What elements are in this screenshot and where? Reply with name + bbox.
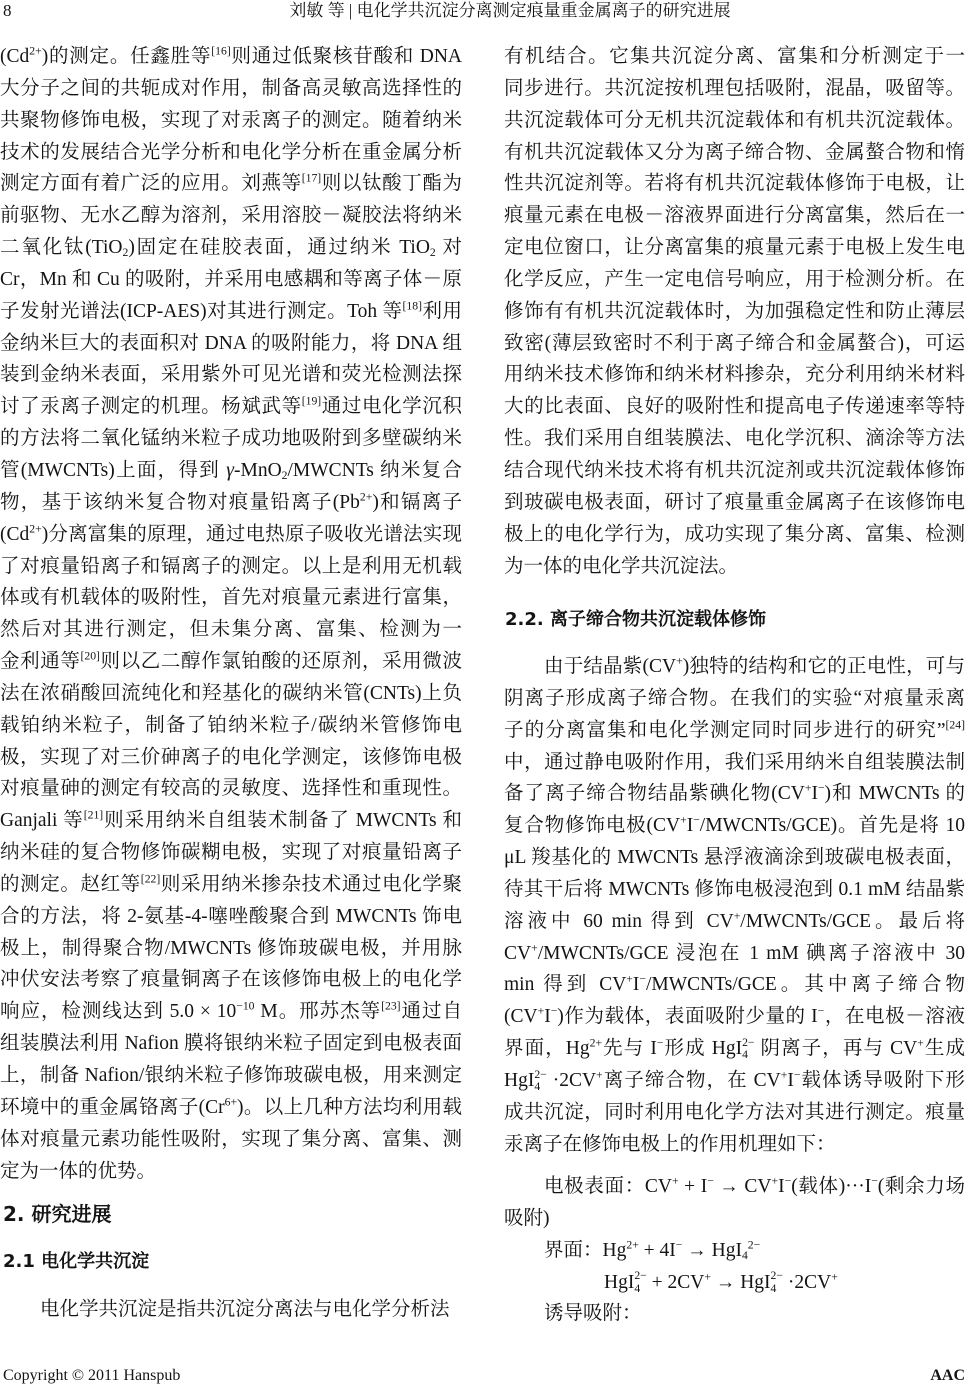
equation-electrode-surface-cont: 吸附) [504,1203,965,1235]
text-line: 金利通等[20]则以乙二醇作氯铂酸的还原剂，采用微波 [0,646,462,678]
left-column: (Cd2+)的测定。任鑫胜等[16]则通过低聚核苷酸和 DNA 大分子之间的共轭… [0,41,462,1187]
text-line: 用纳米技术修饰和纳米材料掺杂，充分利用纳米材料 [504,359,965,391]
text-line: 成共沉淀，同时利用电化学方法对其进行测定。痕量 [504,1097,965,1129]
subsection-heading: 2.2. 离子缔合物共沉淀载体修饰 [505,605,766,635]
text-line: 为一体的电化学共沉淀法。 [504,551,965,583]
equation-induced-adsorption: 诱导吸附： [504,1298,965,1330]
copyright-notice: Copyright © 2011 Hanspub [3,1366,180,1386]
text-line: 共沉淀载体可分无机共沉淀载体和有机共沉淀载体。 [504,105,965,137]
subsection-heading: 2.1 电化学共沉淀 [3,1247,149,1277]
text-line: μL 羧基化的 MWCNTs 悬浮液滴涂到玻碳电极表面， [504,842,965,874]
text-line: 结合现代纳米技术将有机共沉淀剂或共沉淀载体修饰 [504,455,965,487]
text-line: 冲伏安法考察了痕量铜离子在该修饰电极上的电化学 [0,964,462,996]
section-heading: 2. 研究进展 [3,1199,111,1229]
text-line: 由于结晶紫(CV+)独特的结构和它的正电性，可与 [504,651,965,683]
text-line: 同步进行。共沉淀按机理包括吸附，混晶，吸留等。 [504,73,965,105]
text-line: 修饰有有机共沉淀载体时，为加强稳定性和防止薄层 [504,296,965,328]
text-line: 的测定。赵红等[22]则采用纳米掺杂技术通过电化学聚 [0,869,462,901]
text-line: 大分子之间的共轭成对作用，制备高灵敏高选择性的 [0,73,462,105]
text-line: 然后对其进行测定，但未集分离、富集、检测为一体。 [0,614,462,646]
text-line: 技术的发展结合光学分析和电化学分析在重金属分析 [0,137,462,169]
text-line: 痕量元素在电极－溶液界面进行分离富集，然后在一 [504,200,965,232]
running-title: 刘敏 等 | 电化学共沉淀分离测定痕量重金属离子的研究进展 [0,0,968,21]
text-line: 二氧化钛(TiO2)固定在硅胶表面，通过纳米 TiO2 对 Cd， [0,232,462,264]
text-line: 前驱物、无水乙醇为溶剂，采用溶胶－凝胶法将纳米 [0,200,462,232]
section-2-2-body: 由于结晶紫(CV+)独特的结构和它的正电性，可与 阴离子形成离子缔合物。在我们的… [504,651,965,1161]
text-line: 管(MWCNTs)上面，得到 γ-MnO2/MWCNTs 纳米复合 [0,455,462,487]
text-line: 待其干后将 MWCNTs 修饰电极浸泡到 0.1 mM 结晶紫 [504,874,965,906]
text-line: 组装膜法利用 Nafion 膜将银纳米粒子固定到电极表面 [0,1028,462,1060]
text-line: 极上的电化学行为，成功实现了集分离、富集、检测 [504,519,965,551]
text-line: 阴离子形成离子缔合物。在我们的实验“对痕量汞离 [504,683,965,715]
text-line: 的方法将二氧化锰纳米粒子成功地吸附到多壁碳纳米 [0,423,462,455]
text-line: 性。我们采用自组装膜法、电化学沉积、滴涂等方法 [504,423,965,455]
text-line: (Cd2+)分离富集的原理，通过电热原子吸收光谱法实现 [0,519,462,551]
text-line: 化学反应，产生一定电信号响应，用于检测分析。在 [504,264,965,296]
text-line: 汞离子在修饰电极上的作用机理如下： [504,1129,965,1161]
text-line: 极，实现了对三价砷离子的电化学测定，该修饰电极 [0,742,462,774]
journal-abbreviation: AAC [930,1366,965,1386]
text-line: 物，基于该纳米复合物对痕量铅离子(Pb2+)和镉离子 [0,487,462,519]
text-line: 子发射光谱法(ICP-AES)对其进行测定。Toh 等[18]利用 [0,296,462,328]
text-line: 极上，制得聚合物/MWCNTs 修饰玻碳电极，并用脉 [0,933,462,965]
text-line: (Cd2+)的测定。任鑫胜等[16]则通过低聚核苷酸和 DNA [0,41,462,73]
equation-interface-2: HgI2−4 + 2CV+ → HgI2−4 ·2CV+ [504,1267,965,1299]
text-line: 到玻碳电极表面，研讨了痕量重金属离子在该修饰电 [504,487,965,519]
mechanism-equations: 电极表面：CV+ + I− → CV+I−(载体)···I−(剩余力场 吸附) … [504,1171,965,1330]
text-line: 纳米硅的复合物修饰碳糊电极，实现了对痕量铅离子 [0,837,462,869]
text-line: (CV+I−)作为载体，表面吸附少量的 I−，在电极－溶液 [504,1001,965,1033]
text-line: 共聚物修饰电极，实现了对汞离子的测定。随着纳米 [0,105,462,137]
text-line: 定电位窗口，让分离富集的痕量元素于电极上发生电 [504,232,965,264]
text-line: 响应，检测线达到 5.0 × 10−10 M。邢苏杰等[23]通过自 [0,996,462,1028]
text-line: 合的方法，将 2-氨基-4-噻唑酸聚合到 MWCNTs 饰电 [0,901,462,933]
text-line: 有机共沉淀载体又分为离子缔合物、金属螯合物和惰 [504,137,965,169]
text-line: 装到金纳米表面，采用紫外可见光谱和荧光检测法探 [0,359,462,391]
equation-electrode-surface: 电极表面：CV+ + I− → CV+I−(载体)···I−(剩余力场 [504,1171,965,1203]
section-2-1-body: 电化学共沉淀是指共沉淀分离法与电化学分析法 [0,1294,462,1326]
text-line: CV+/MWCNTs/GCE 浸泡在 1 mM 碘离子溶液中 30 [504,938,965,970]
text-line: 中，通过静电吸附作用，我们采用纳米自组装膜法制 [504,747,965,779]
text-line: 致密(薄层致密时不利于离子缔合和金属螯合)，可运 [504,328,965,360]
text-line: 备了离子缔合物结晶紫碘化物(CV+I−)和 MWCNTs 的 [504,778,965,810]
text-line: 测定方面有着广泛的应用。刘燕等[17]则以钛酸丁酯为 [0,168,462,200]
text-line: 体对痕量元素功能性吸附，实现了集分离、富集、测 [0,1124,462,1156]
text-line: 对痕量砷的测定有较高的灵敏度、选择性和重现性。 [0,773,462,805]
text-line: 子的分离富集和电化学测定同时同步进行的研究”[24] [504,715,965,747]
text-line: 了对痕量铅离子和镉离子的测定。以上是利用无机载 [0,551,462,583]
text-line: min 得到 CV+I−/MWCNTs/GCE。其中离子缔合物 [504,969,965,1001]
right-column: 有机结合。它集共沉淀分离、富集和分析测定于一体， 同步进行。共沉淀按机理包括吸附… [504,41,965,582]
text-line: 环境中的重金属铬离子(Cr6+)。以上几种方法均利用载 [0,1092,462,1124]
text-line: 金纳米巨大的表面积对 DNA 的吸附能力，将 DNA 组 [0,328,462,360]
text-line: 讨了汞离子测定的机理。杨斌武等[19]通过电化学沉积 [0,391,462,423]
text-line: Cr，Mn 和 Cu 的吸附，并采用电感耦和等离子体－原 [0,264,462,296]
equation-interface-1: 界面：Hg2+ + 4I− → HgI42− [504,1235,965,1267]
text-line: 电化学共沉淀是指共沉淀分离法与电化学分析法 [0,1294,462,1326]
text-line: 法在浓硝酸回流纯化和羟基化的碳纳米管(CNTs)上负 [0,678,462,710]
text-line: 有机结合。它集共沉淀分离、富集和分析测定于一体， [504,41,965,73]
text-line: 溶液中 60 min 得到 CV+/MWCNTs/GCE。最后将 [504,906,965,938]
text-line: Ganjali 等[21]则采用纳米自组装术制备了 MWCNTs 和 [0,805,462,837]
text-line: 界面，Hg2+先与 I−形成 HgI2−4 阴离子，再与 CV+生成 [504,1033,965,1065]
text-line: 载铂纳米粒子，制备了铂纳米粒子/碳纳米管修饰电 [0,710,462,742]
text-line: 大的比表面、良好的吸附性和提高电子传递速率等特 [504,391,965,423]
text-line: 性共沉淀剂等。若将有机共沉淀载体修饰于电极，让 [504,168,965,200]
text-line: 上，制备 Nafion/银纳米粒子修饰玻碳电极，用来测定 [0,1060,462,1092]
text-line: 体或有机载体的吸附性，首先对痕量元素进行富集， [0,582,462,614]
text-line: 定为一体的优势。 [0,1156,462,1188]
text-line: 复合物修饰电极(CV+I−/MWCNTs/GCE)。首先是将 10 [504,810,965,842]
text-line: HgI2−4 ·2CV+离子缔合物，在 CV+I−载体诱导吸附下形 [504,1065,965,1097]
